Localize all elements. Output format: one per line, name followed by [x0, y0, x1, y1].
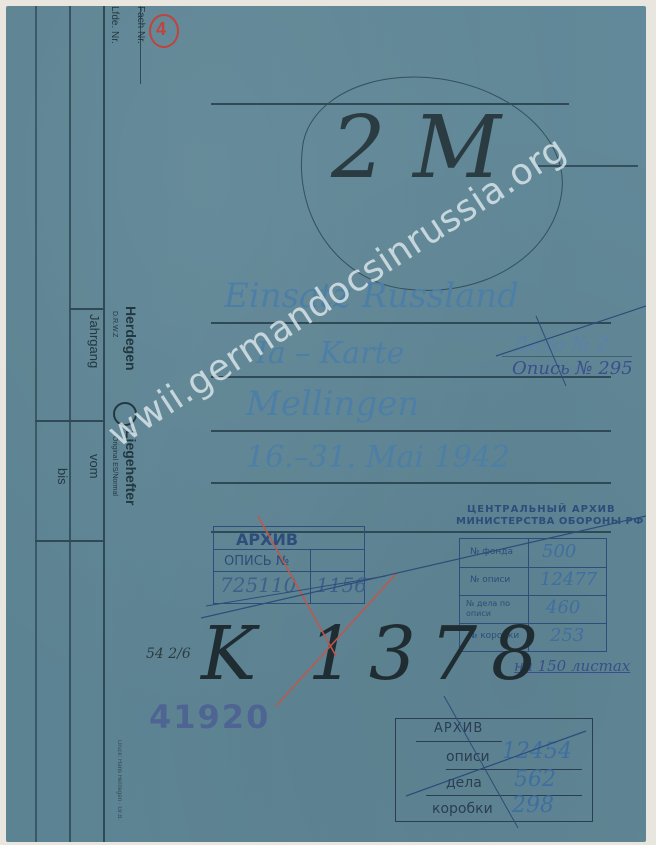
file-cover: Fach Nr. Lfde. Nr. Jahrgang vom bis Herd…: [6, 6, 646, 842]
